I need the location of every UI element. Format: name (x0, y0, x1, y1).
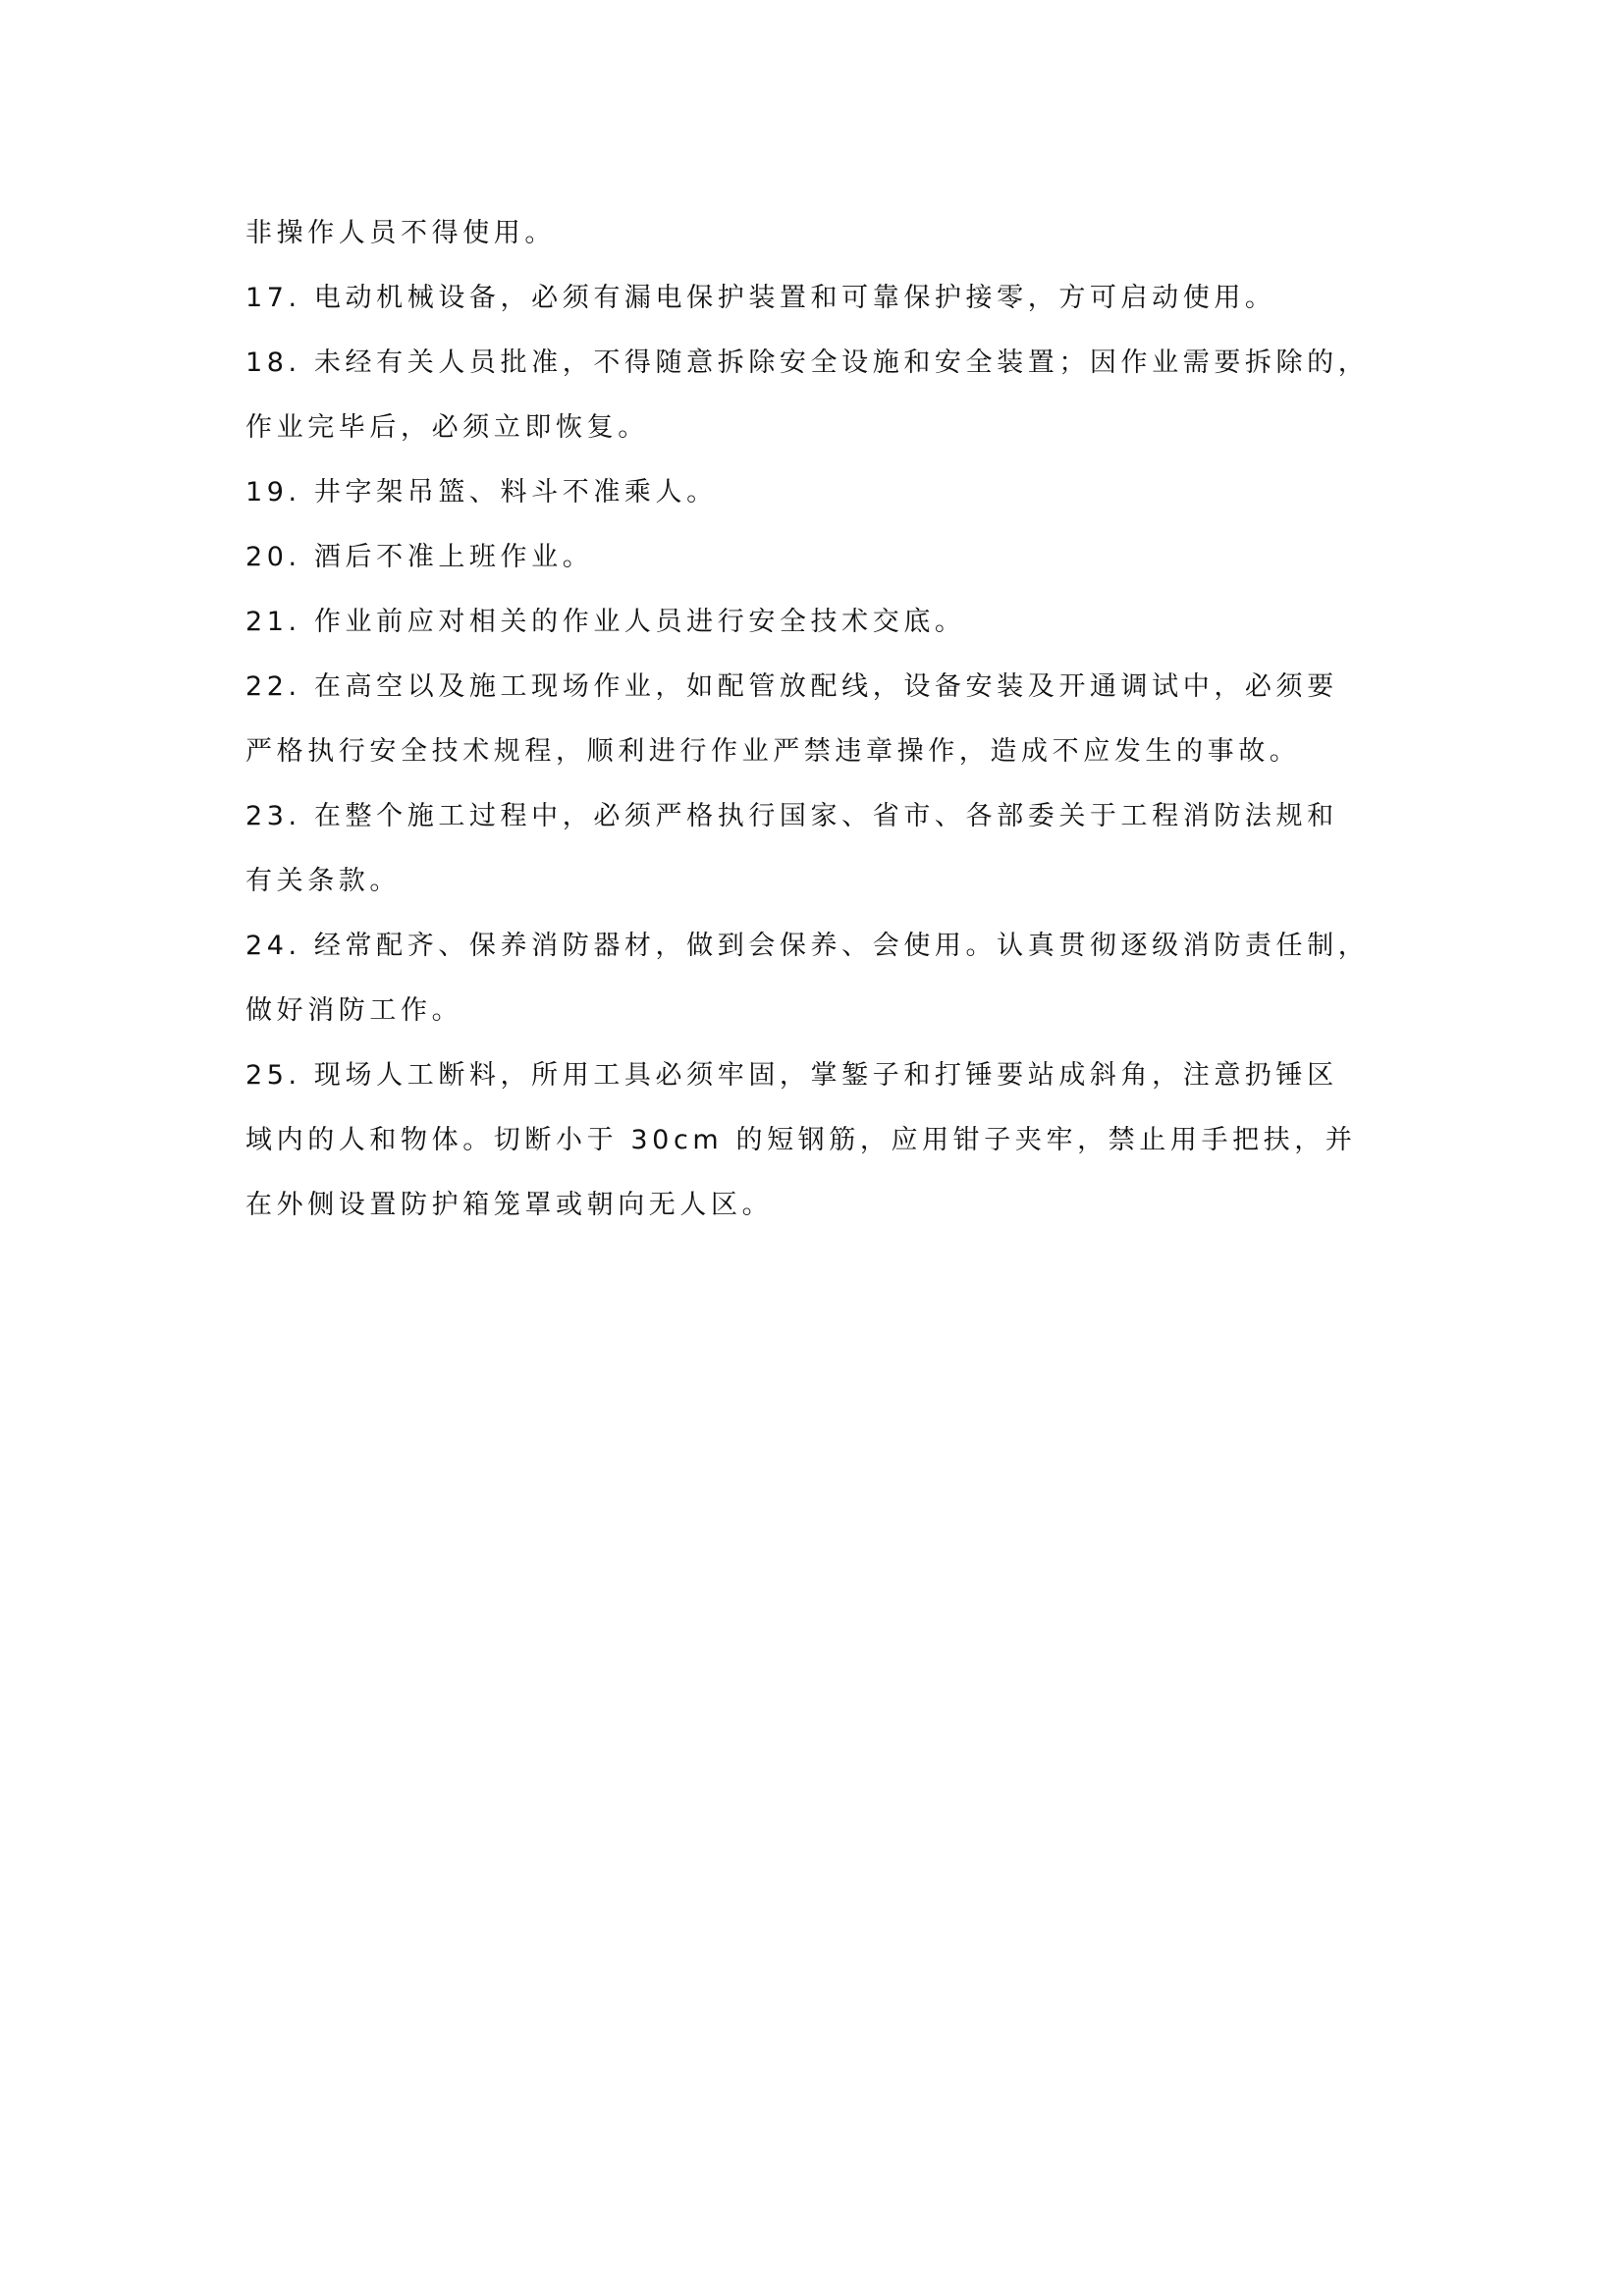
paragraph-20: 20. 酒后不准上班作业。 (245, 525, 1389, 590)
text-line: 25. 现场人工断料，所用工具必须牢固，掌錾子和打锤要站成斜角，注意扔锤区 (245, 1043, 1389, 1108)
text-line: 在外侧设置防护箱笼罩或朝向无人区。 (245, 1173, 1389, 1238)
text-line: 22. 在高空以及施工现场作业，如配管放配线，设备安装及开通调试中，必须要 (245, 655, 1389, 720)
paragraph-24: 24. 经常配齐、保养消防器材，做到会保养、会使用。认真贯彻逐级消防责任制， 做… (245, 914, 1389, 1043)
paragraph-17: 17. 电动机械设备，必须有漏电保护装置和可靠保护接零，方可启动使用。 (245, 266, 1389, 331)
paragraph-18: 18. 未经有关人员批准，不得随意拆除安全设施和安全装置；因作业需要拆除的， 作… (245, 331, 1389, 460)
document-page: 非操作人员不得使用。 17. 电动机械设备，必须有漏电保护装置和可靠保护接零，方… (0, 0, 1624, 2296)
text-line: 做好消防工作。 (245, 979, 1389, 1043)
text-line: 域内的人和物体。切断小于 30cm 的短钢筋，应用钳子夹牢，禁止用手把扶，并 (245, 1108, 1389, 1173)
text-line: 24. 经常配齐、保养消防器材，做到会保养、会使用。认真贯彻逐级消防责任制， (245, 914, 1389, 979)
text-line: 20. 酒后不准上班作业。 (245, 525, 1389, 590)
text-line: 19. 井字架吊篮、料斗不准乘人。 (245, 460, 1389, 525)
paragraph-16-continuation: 非操作人员不得使用。 (245, 201, 1389, 266)
text-line: 非操作人员不得使用。 (245, 201, 1389, 266)
text-line: 严格执行安全技术规程，顺利进行作业严禁违章操作，造成不应发生的事故。 (245, 720, 1389, 784)
text-line: 17. 电动机械设备，必须有漏电保护装置和可靠保护接零，方可启动使用。 (245, 266, 1389, 331)
document-body: 非操作人员不得使用。 17. 电动机械设备，必须有漏电保护装置和可靠保护接零，方… (245, 201, 1389, 1238)
text-line: 18. 未经有关人员批准，不得随意拆除安全设施和安全装置；因作业需要拆除的， (245, 331, 1389, 396)
paragraph-22: 22. 在高空以及施工现场作业，如配管放配线，设备安装及开通调试中，必须要 严格… (245, 655, 1389, 784)
text-line: 23. 在整个施工过程中，必须严格执行国家、省市、各部委关于工程消防法规和 (245, 784, 1389, 849)
paragraph-21: 21. 作业前应对相关的作业人员进行安全技术交底。 (245, 590, 1389, 655)
paragraph-23: 23. 在整个施工过程中，必须严格执行国家、省市、各部委关于工程消防法规和 有关… (245, 784, 1389, 914)
paragraph-19: 19. 井字架吊篮、料斗不准乘人。 (245, 460, 1389, 525)
text-line: 有关条款。 (245, 849, 1389, 914)
paragraph-25: 25. 现场人工断料，所用工具必须牢固，掌錾子和打锤要站成斜角，注意扔锤区 域内… (245, 1043, 1389, 1238)
text-line: 21. 作业前应对相关的作业人员进行安全技术交底。 (245, 590, 1389, 655)
text-line: 作业完毕后，必须立即恢复。 (245, 396, 1389, 460)
